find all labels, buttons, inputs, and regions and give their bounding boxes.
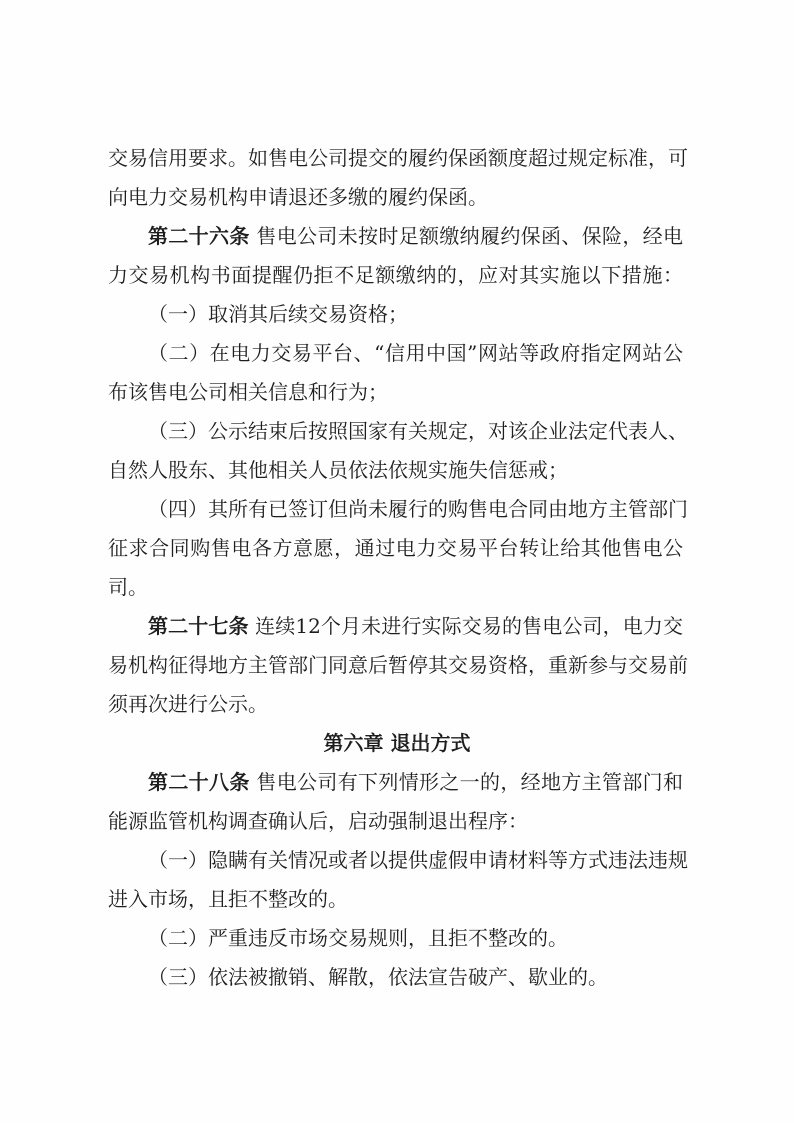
- article-label: 第二十八条: [148, 770, 250, 794]
- paragraph-line: 布该售电公司相关信息和行为；: [108, 373, 683, 412]
- article-text: 售电公司未按时足额缴纳履约保函、保险，经电: [250, 224, 683, 248]
- paragraph-line: 力交易机构书面提醒仍拒不足额缴纳的，应对其实施以下措施：: [108, 256, 683, 295]
- paragraph-line: 交易信用要求。如售电公司提交的履约保函额度超过规定标准，可: [108, 139, 683, 178]
- article-label: 第二十七条: [148, 614, 249, 638]
- article-text: 连续12个月未进行实际交易的售电公司，电力交: [249, 614, 683, 638]
- paragraph-line: 向电力交易机构申请退还多缴的履约保函。: [108, 178, 683, 217]
- chapter-heading: 第六章 退出方式: [0, 724, 794, 763]
- list-item: （二）在电力交易平台、“信用中国”网站等政府指定网站公: [148, 334, 683, 373]
- list-item: （三）公示结束后按照国家有关规定，对该企业法定代表人、: [148, 412, 683, 451]
- paragraph-line: 能源监管机构调查确认后，启动强制退出程序：: [108, 802, 683, 841]
- paragraph-line: 征求合同购售电各方意愿，通过电力交易平台转让给其他售电公: [108, 529, 683, 568]
- paragraph-line: 易机构征得地方主管部门同意后暂停其交易资格，重新参与交易前: [108, 646, 683, 685]
- list-item: （一）取消其后续交易资格；: [148, 295, 683, 334]
- article-26-line: 第二十六条 售电公司未按时足额缴纳履约保函、保险，经电: [148, 217, 683, 256]
- article-28-line: 第二十八条 售电公司有下列情形之一的，经地方主管部门和: [148, 763, 683, 802]
- paragraph-line: 进入市场，且拒不整改的。: [108, 880, 683, 919]
- paragraph-line: 须再次进行公示。: [108, 685, 683, 724]
- document-page: 交易信用要求。如售电公司提交的履约保函额度超过规定标准，可 向电力交易机构申请退…: [0, 0, 794, 1123]
- paragraph-line: 司。: [108, 568, 683, 607]
- list-item: （二）严重违反市场交易规则，且拒不整改的。: [148, 919, 683, 958]
- paragraph-line: 自然人股东、其他相关人员依法依规实施失信惩戒；: [108, 451, 683, 490]
- article-text: 售电公司有下列情形之一的，经地方主管部门和: [250, 770, 683, 794]
- article-27-line: 第二十七条 连续12个月未进行实际交易的售电公司，电力交: [148, 607, 683, 646]
- article-label: 第二十六条: [148, 224, 250, 248]
- list-item: （四）其所有已签订但尚未履行的购售电合同由地方主管部门: [148, 490, 683, 529]
- list-item: （一）隐瞒有关情况或者以提供虚假申请材料等方式违法违规: [148, 841, 683, 880]
- list-item: （三）依法被撤销、解散，依法宣告破产、歇业的。: [148, 958, 683, 997]
